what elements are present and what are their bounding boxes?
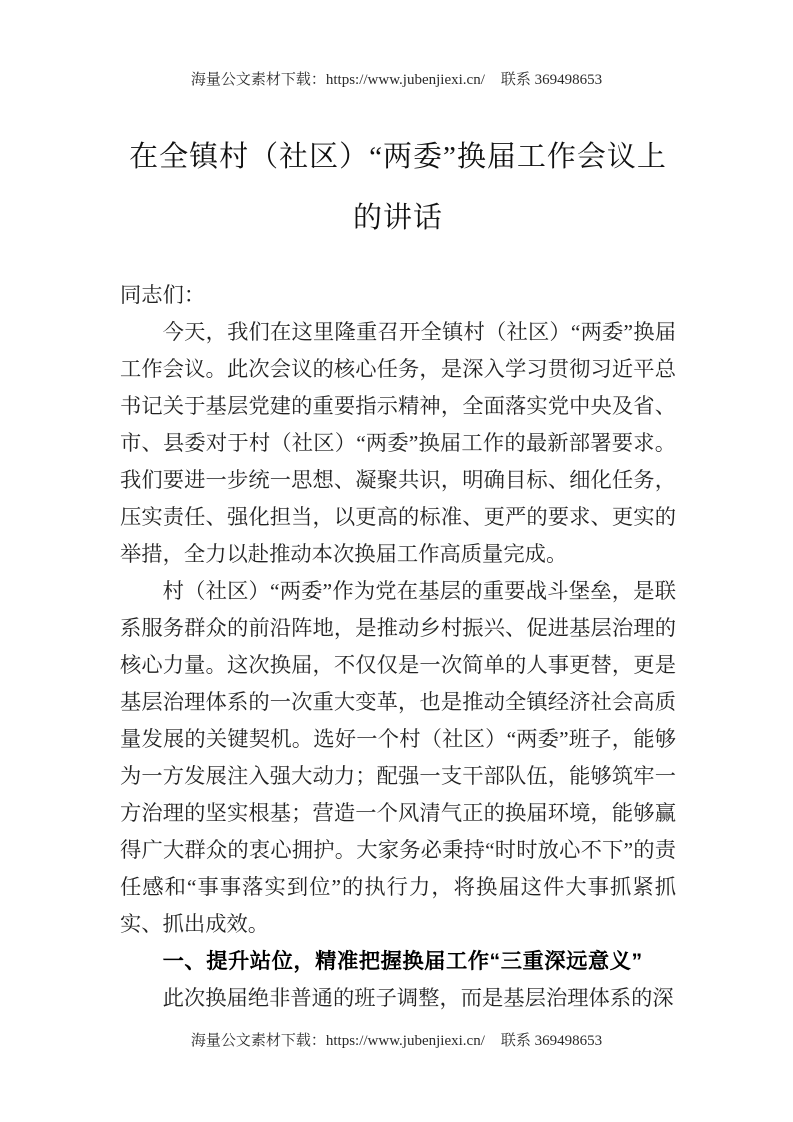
document-body: 同志们： 今天，我们在这里隆重召开全镇村（社区）“两委”换届工作会议。此次会议的…	[120, 277, 676, 1017]
page-footer: 海量公文素材下载：https://www.jubenjiexi.cn/联系 36…	[0, 1032, 793, 1050]
footer-download-label: 海量公文素材下载：	[191, 1033, 326, 1049]
footer-contact: 联系 369498653	[501, 1033, 602, 1049]
footer-url: https://www.jubenjiexi.cn/	[326, 1033, 485, 1049]
header-download-label: 海量公文素材下载：	[191, 72, 326, 88]
document-page: 海量公文素材下载：https://www.jubenjiexi.cn/联系 36…	[0, 0, 793, 1122]
document-title: 在全镇村（社区）“两委”换届工作会议上 的讲话	[120, 127, 676, 249]
section-heading-1: 一、提升站位，精准把握换届工作“三重深远意义”	[120, 943, 676, 980]
header-url: https://www.jubenjiexi.cn/	[326, 72, 485, 88]
paragraph-2: 村（社区）“两委”作为党在基层的重要战斗堡垒，是联系服务群众的前沿阵地，是推动乡…	[120, 573, 676, 943]
document-title-line-1: 在全镇村（社区）“两委”换届工作会议上	[120, 127, 676, 188]
document-title-line-2: 的讲话	[120, 188, 676, 249]
paragraph-3-partial: 此次换届绝非普通的班子调整，而是基层治理体系的深	[120, 980, 676, 1017]
salutation: 同志们：	[120, 277, 676, 314]
header-contact: 联系 369498653	[501, 72, 602, 88]
paragraph-1: 今天，我们在这里隆重召开全镇村（社区）“两委”换届工作会议。此次会议的核心任务，…	[120, 314, 676, 573]
page-header: 海量公文素材下载：https://www.jubenjiexi.cn/联系 36…	[0, 71, 793, 89]
